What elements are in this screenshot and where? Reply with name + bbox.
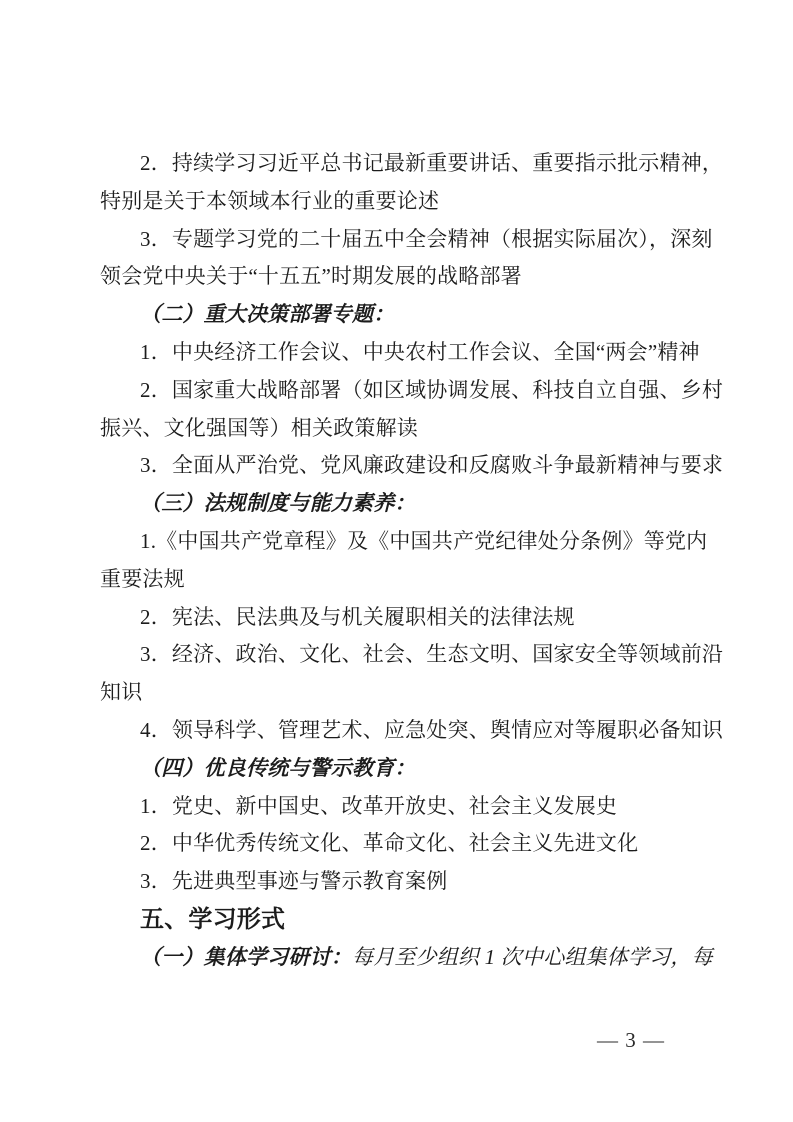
page-number: — 3 — [597, 1028, 665, 1053]
text-line: 特别是关于本领域本行业的重要论述 [100, 183, 715, 221]
text-line: 1．党史、新中国史、改革开放史、社会主义发展史 [100, 788, 715, 826]
text-line: 2．持续学习习近平总书记最新重要讲话、重要指示批示精神， [100, 145, 715, 183]
text-line: 3．经济、政治、文化、社会、生态文明、国家安全等领域前沿 [100, 636, 715, 674]
text-line: 1.《中国共产党章程》及《中国共产党纪律处分条例》等党内 [100, 523, 715, 561]
text-line: 3．专题学习党的二十届五中全会精神（根据实际届次），深刻 [100, 221, 715, 259]
text-line: 2．中华优秀传统文化、革命文化、社会主义先进文化 [100, 825, 715, 863]
text-line: 4．领导科学、管理艺术、应急处突、舆情应对等履职必备知识 [100, 712, 715, 750]
text-line: 知识 [100, 674, 715, 712]
document-body: 2．持续学习习近平总书记最新重要讲话、重要指示批示精神，特别是关于本领域本行业的… [100, 145, 715, 977]
text-line: 重要法规 [100, 561, 715, 599]
text-line: 领会党中央关于“十五五”时期发展的战略部署 [100, 258, 715, 296]
text-line: 1．中央经济工作会议、中央农村工作会议、全国“两会”精神 [100, 334, 715, 372]
text-line: （三）法规制度与能力素养： [100, 485, 715, 523]
text-line: 2．宪法、民法典及与机关履职相关的法律法规 [100, 599, 715, 637]
text-line: 五、学习形式 [100, 901, 715, 939]
text-line: 3．先进典型事迹与警示教育案例 [100, 863, 715, 901]
text-line: 2．国家重大战略部署（如区域协调发展、科技自立自强、乡村 [100, 372, 715, 410]
text-line: （二）重大决策部署专题： [100, 296, 715, 334]
text-line: 振兴、文化强国等）相关政策解读 [100, 410, 715, 448]
text-line: （一）集体学习研讨：每月至少组织 1 次中心组集体学习，每 [100, 939, 715, 977]
document-page: 2．持续学习习近平总书记最新重要讲话、重要指示批示精神，特别是关于本领域本行业的… [0, 0, 793, 1122]
text-line: （四）优良传统与警示教育： [100, 750, 715, 788]
line-lead-label: （一）集体学习研讨： [140, 945, 352, 969]
line-rest-text: 每月至少组织 1 次中心组集体学习，每 [352, 945, 713, 969]
text-line: 3．全面从严治党、党风廉政建设和反腐败斗争最新精神与要求 [100, 447, 715, 485]
